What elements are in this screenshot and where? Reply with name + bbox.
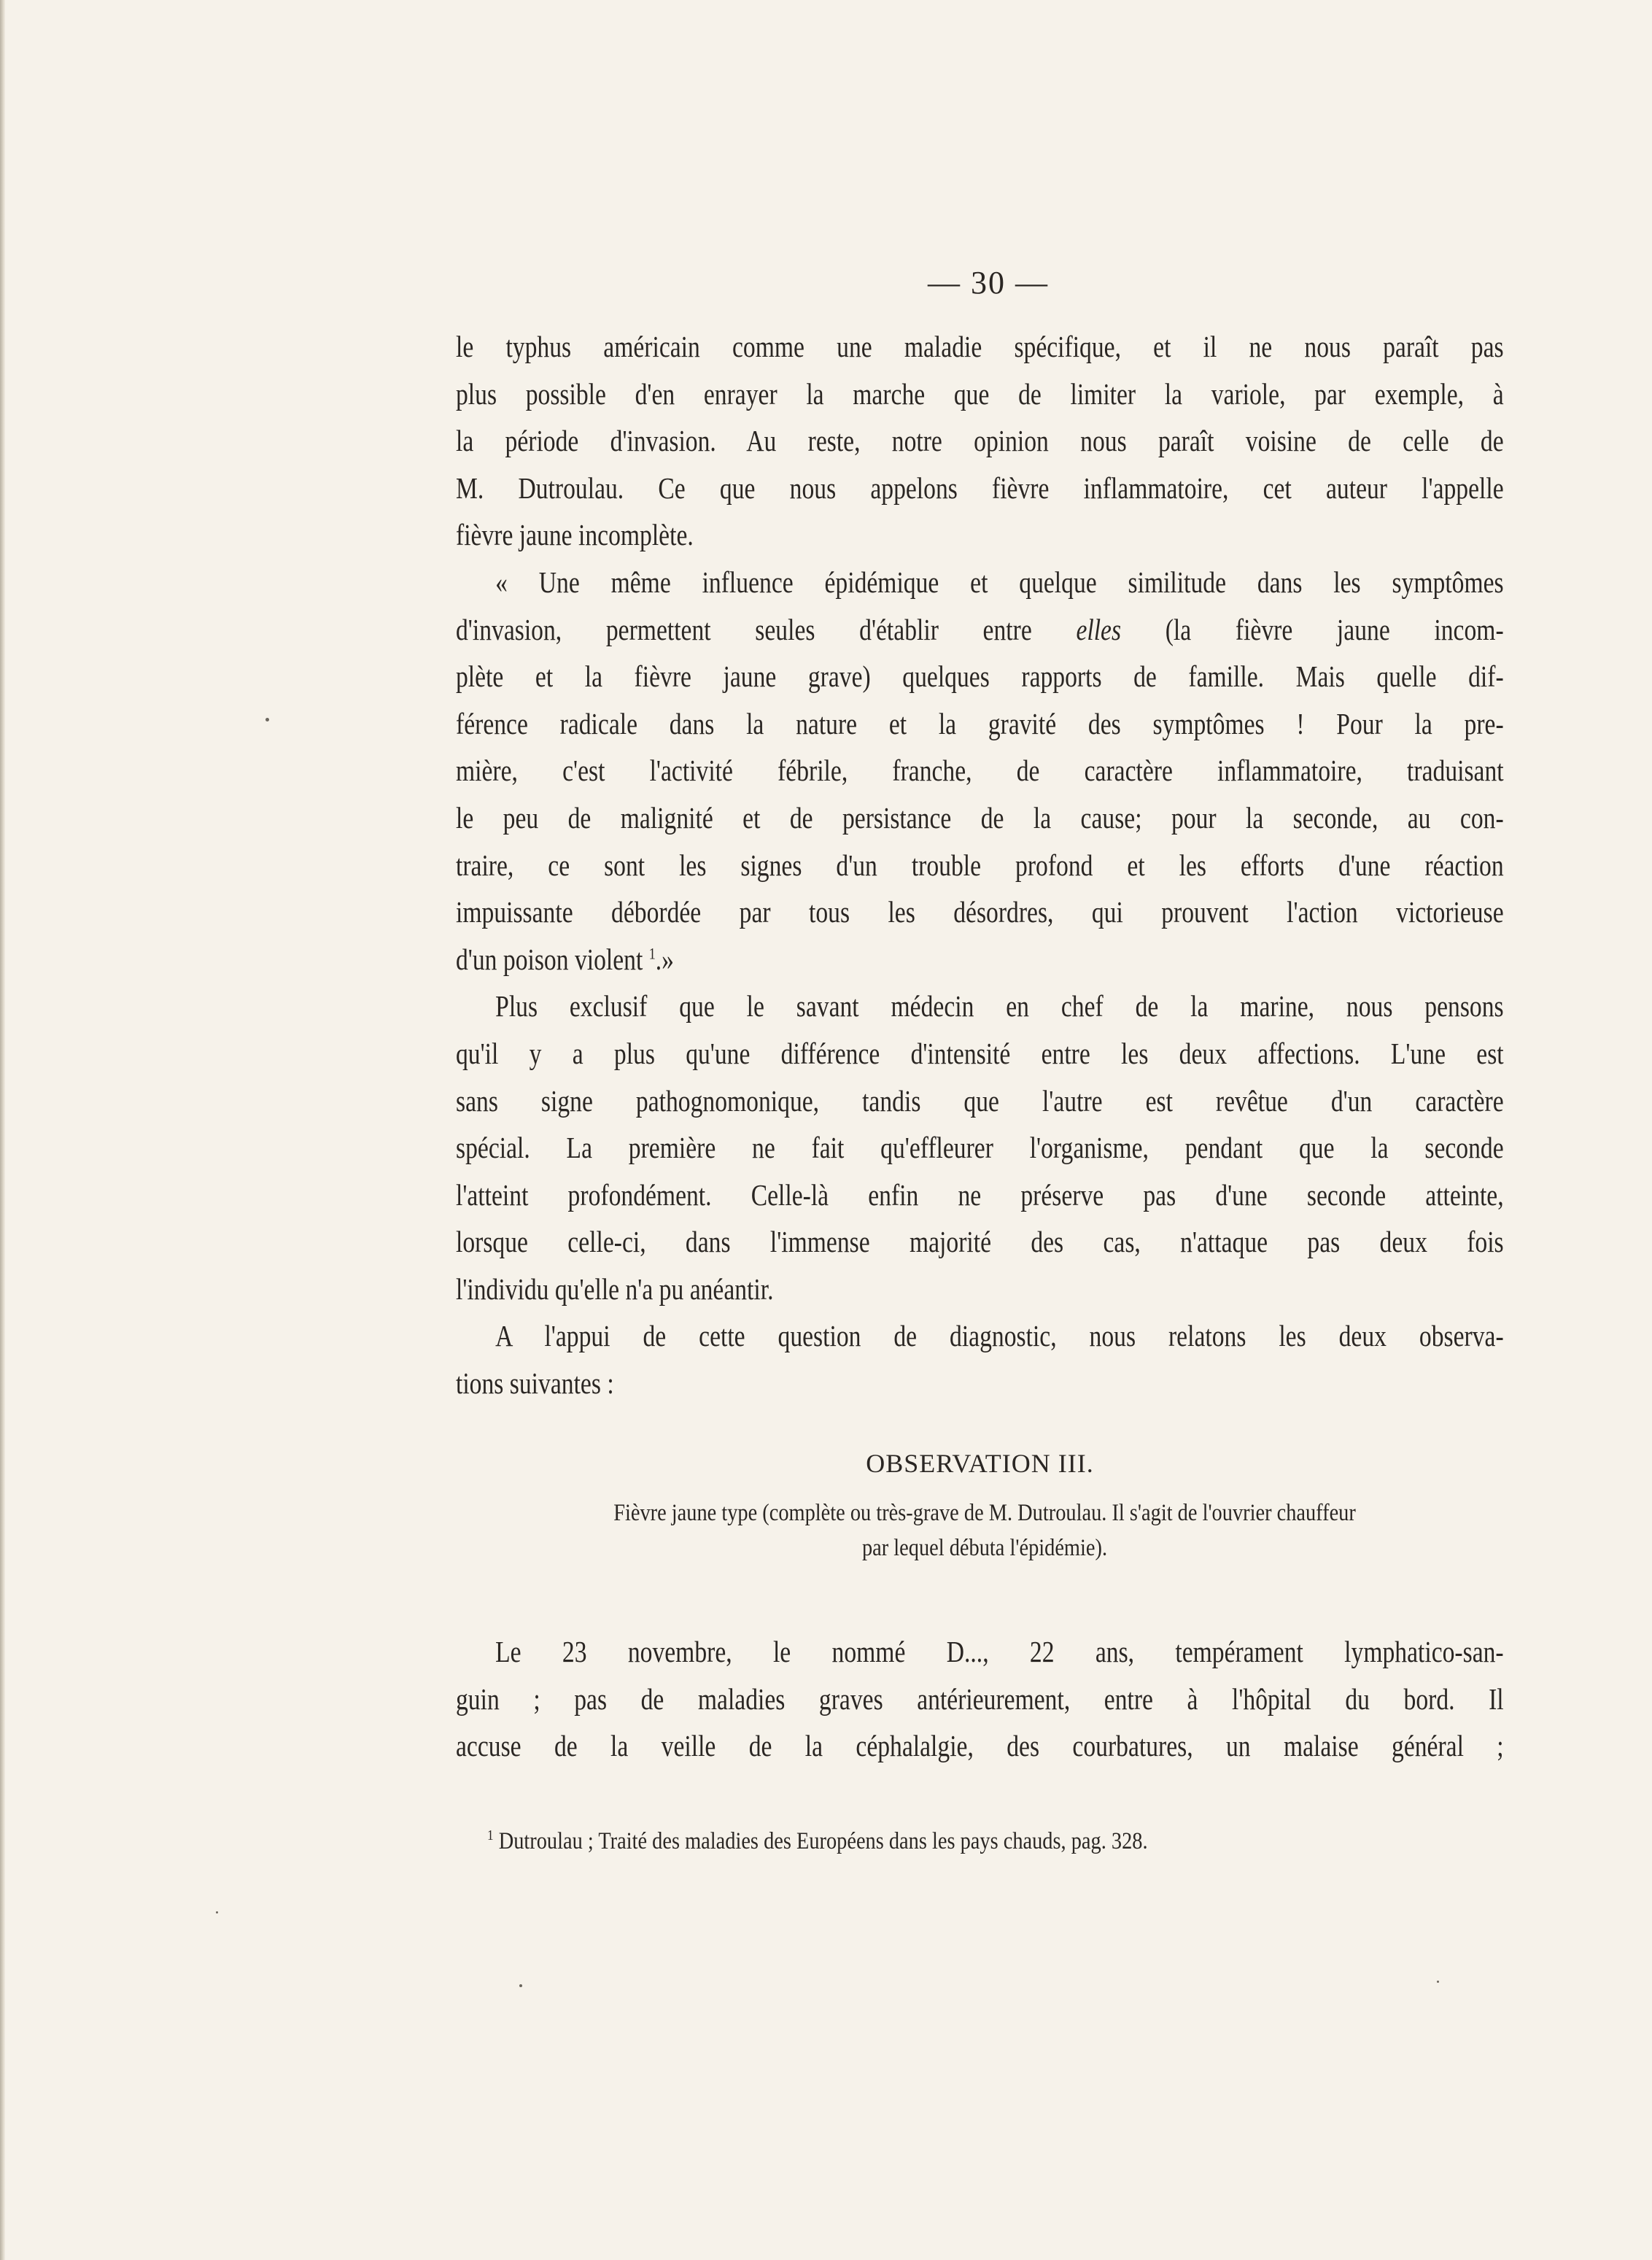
text-line: l'atteint profondément. Celle-là enfin n… <box>456 1172 1504 1219</box>
text-line: mière, c'est l'activité fébrile, franche… <box>456 747 1504 794</box>
main-text-block: le typhus américain comme une maladie sp… <box>456 323 1504 1407</box>
text-line: le peu de malignité et de persistance de… <box>456 794 1504 842</box>
text-line: fièvre jaune incomplète. <box>456 511 1504 559</box>
text-line: le typhus américain comme une maladie sp… <box>456 323 1504 371</box>
text-line: la période d'invasion. Au reste, notre o… <box>456 417 1504 465</box>
paper-speck <box>519 1984 522 1987</box>
text-line: qu'il y a plus qu'une différence d'inten… <box>456 1030 1504 1077</box>
book-spine-edge <box>0 0 5 2260</box>
observation-subtitle: Fièvre jaune type (complète ou très-grav… <box>467 1495 1502 1566</box>
text-line: « Une même influence épidémique et quelq… <box>456 559 1504 606</box>
paper-speck <box>265 718 269 721</box>
text-line: plus possible d'en enrayer la marche que… <box>456 371 1504 418</box>
text-fragment: d'un poison violent <box>456 943 643 976</box>
text-fragment: d'invasion, permettent seules d'établir … <box>456 613 1032 646</box>
text-line: plète et la fièvre jaune grave) quelques… <box>456 653 1504 700</box>
italic-word: elles <box>1076 613 1121 646</box>
observation-subtitle-line: par lequel débuta l'épidémie). <box>539 1530 1430 1566</box>
observation-title: OBSERVATION III. <box>456 1448 1504 1479</box>
footnote-reference: 1 <box>649 944 656 962</box>
text-line: spécial. La première ne fait qu'effleure… <box>456 1124 1504 1172</box>
text-line: Plus exclusif que le savant médecin en c… <box>456 983 1504 1030</box>
footnote-text: Dutroulau ; Traité des maladies des Euro… <box>499 1828 1148 1854</box>
text-fragment: .» <box>656 943 674 976</box>
paper-speck <box>216 1911 218 1913</box>
observation-subtitle-line: Fièvre jaune type (complète ou très-grav… <box>539 1495 1430 1530</box>
page-number: — 30 — <box>883 264 1094 301</box>
text-line: l'individu qu'elle n'a pu anéantir. <box>456 1266 1504 1313</box>
text-line: sans signe pathognomonique, tandis que l… <box>456 1077 1504 1125</box>
text-line: d'invasion, permettent seules d'établir … <box>456 606 1504 654</box>
footnote-marker: 1 <box>487 1827 494 1843</box>
text-line: traire, ce sont les signes d'un trouble … <box>456 842 1504 889</box>
text-line: guin ; pas de maladies graves antérieure… <box>456 1676 1504 1723</box>
case-text-block: Le 23 novembre, le nommé D..., 22 ans, t… <box>456 1628 1504 1770</box>
text-fragment: (la fièvre jaune incom- <box>1121 613 1504 646</box>
text-line: d'un poison violent 1.» <box>456 936 1504 983</box>
footnote: 1 Dutroulau ; Traité des maladies des Eu… <box>487 1827 1148 1855</box>
text-line: tions suivantes : <box>456 1360 1504 1407</box>
text-line: A l'appui de cette question de diagnosti… <box>456 1312 1504 1360</box>
text-line: lorsque celle-ci, dans l'immense majorit… <box>456 1218 1504 1266</box>
paper-speck <box>1437 1981 1439 1983</box>
text-line: férence radicale dans la nature et la gr… <box>456 700 1504 748</box>
text-line: impuissante débordée par tous les désord… <box>456 889 1504 936</box>
text-line: Le 23 novembre, le nommé D..., 22 ans, t… <box>456 1628 1504 1676</box>
text-line: accuse de la veille de la céphalalgie, d… <box>456 1722 1504 1770</box>
text-line: M. Dutroulau. Ce que nous appelons fièvr… <box>456 465 1504 512</box>
